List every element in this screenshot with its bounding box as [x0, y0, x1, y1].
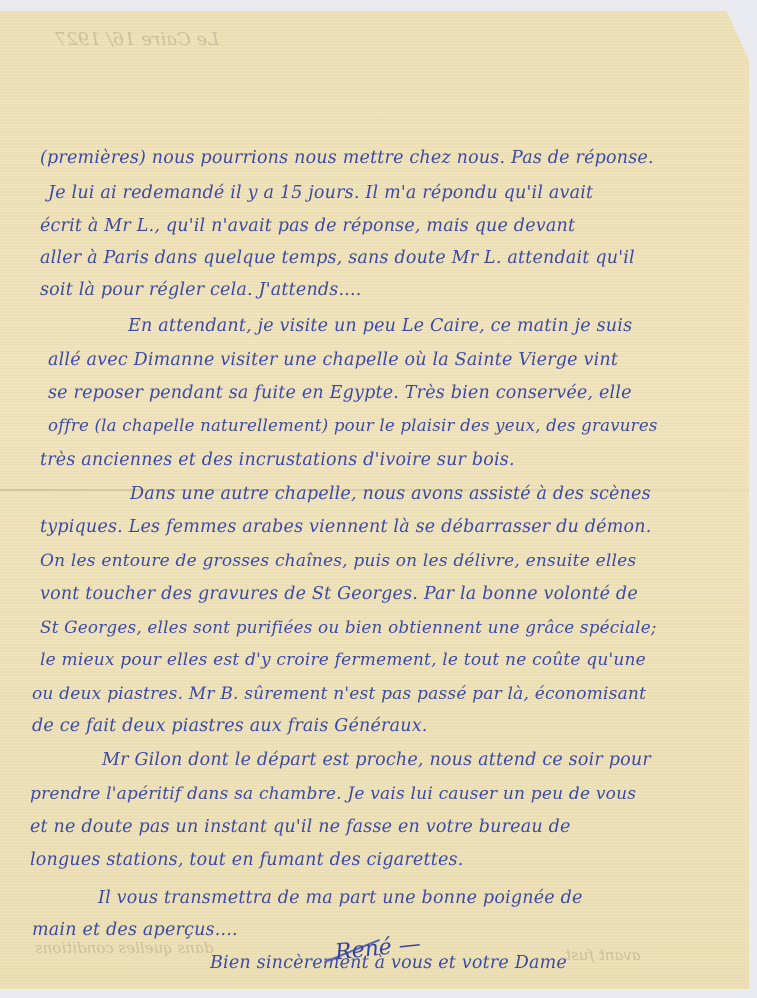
letter-line: Je lui ai redemandé il y a 15 jours. Il … [48, 185, 593, 203]
bleed-through-header: Le Caire 16/ 1927 [55, 29, 219, 50]
bleed-through-bottom-left: dans quelles conditions [35, 939, 213, 957]
paragraph-start-line: En attendant, je visite un peu Le Caire,… [128, 318, 632, 336]
letter-line: vont toucher des gravures de St Georges.… [40, 586, 638, 604]
letter-line: main et des aperçus.... [32, 922, 238, 940]
letter-line: et ne doute pas un instant qu'il ne fass… [30, 819, 571, 837]
letter-line: se reposer pendant sa fuite en Egypte. T… [48, 385, 632, 403]
letter-line: aller à Paris dans quelque temps, sans d… [40, 250, 635, 268]
letter-line: soit là pour régler cela. J'attends.... [40, 282, 362, 300]
letter-line: écrit à Mr L., qu'il n'avait pas de répo… [40, 218, 575, 236]
letter-line: On les entoure de grosses chaînes, puis … [40, 553, 636, 570]
letter-line: le mieux pour elles est d'y croire ferme… [40, 652, 646, 669]
letter-line: St Georges, elles sont purifiées ou bien… [40, 619, 657, 636]
letter-line: de ce fait deux piastres aux frais Génér… [32, 718, 428, 736]
letter-line: très anciennes et des incrustations d'iv… [40, 452, 515, 470]
letter-line: (premières) nous pourrions nous mettre c… [40, 150, 654, 168]
bleed-through-bottom-right: avant fust [565, 946, 641, 964]
letter-line: typiques. Les femmes arabes viennent là … [40, 519, 652, 537]
letter-line: allé avec Dimanne visiter une chapelle o… [48, 352, 618, 370]
paragraph-start-line: Mr Gilon dont le départ est proche, nous… [102, 752, 651, 770]
paragraph-start-line: Dans une autre chapelle, nous avons assi… [130, 486, 651, 504]
letter-line: longues stations, tout en fumant des cig… [30, 852, 463, 870]
paragraph-start-line: Il vous transmettra de ma part une bonne… [98, 890, 583, 908]
letter-line: prendre l'apéritif dans sa chambre. Je v… [30, 786, 636, 803]
letter-line: offre (la chapelle naturellement) pour l… [48, 418, 658, 435]
letter-line: ou deux piastres. Mr B. sûrement n'est p… [32, 686, 646, 703]
